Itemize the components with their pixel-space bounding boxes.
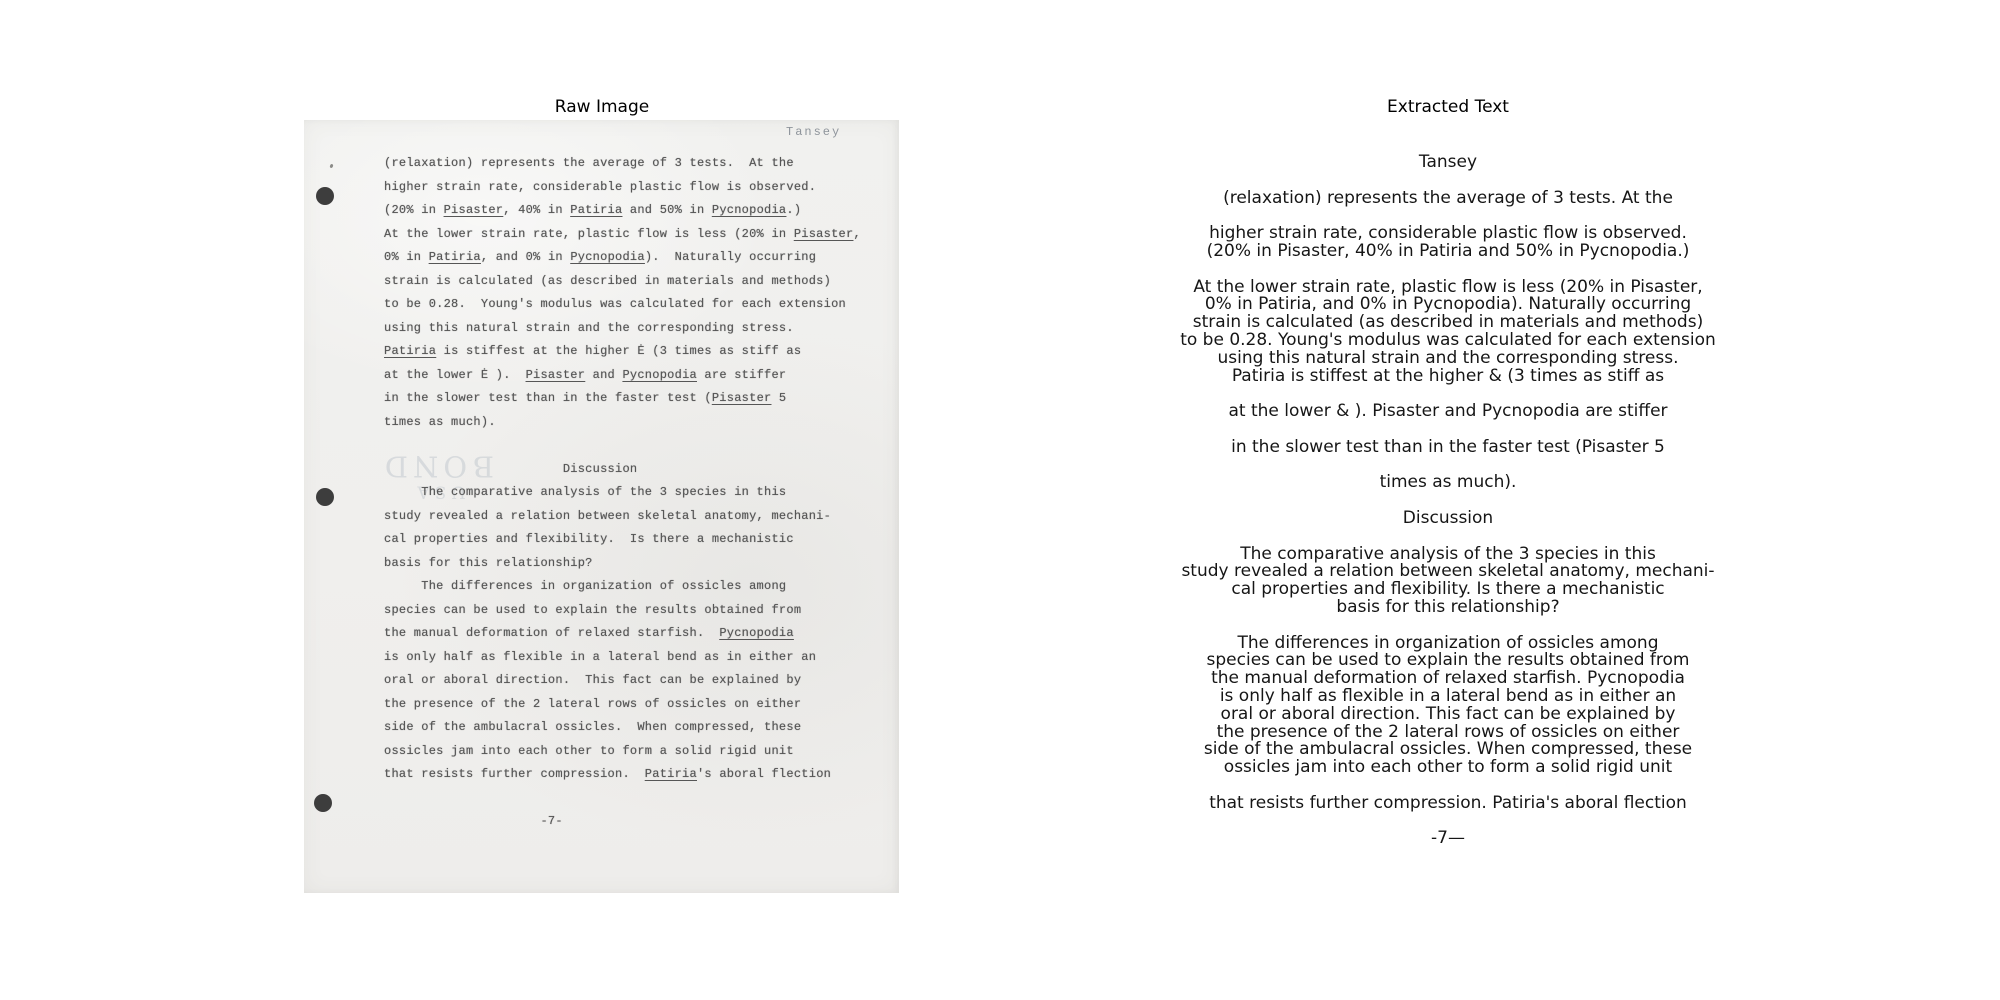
extracted-text-block: The comparative analysis of the 3 specie…: [1158, 546, 1738, 617]
typewritten-line: strain is calculated (as described in ma…: [384, 270, 889, 294]
typewritten-line: [384, 434, 889, 458]
typewritten-line: higher strain rate, considerable plastic…: [384, 176, 889, 200]
typewritten-line: -7-: [384, 810, 889, 834]
extracted-text-block: in the slower test than in the faster te…: [1158, 439, 1738, 457]
underlined-species-name: Pycnopodia: [719, 626, 794, 640]
scanned-document-page: Tansey USA BOND (relaxation) represents …: [304, 120, 899, 893]
typewritten-line: basis for this relationship?: [384, 552, 889, 576]
extracted-text-block: At the lower strain rate, plastic flow i…: [1158, 279, 1738, 386]
typewritten-line: times as much).: [384, 411, 889, 435]
extracted-text-block: at the lower & ). Pisaster and Pycnopodi…: [1158, 403, 1738, 421]
extracted-text-block: times as much).: [1158, 474, 1738, 492]
hole-punch-dot: [316, 488, 334, 506]
typewritten-line: The comparative analysis of the 3 specie…: [384, 481, 889, 505]
hole-punch-dot: [314, 794, 332, 812]
underlined-species-name: Patiria: [384, 344, 436, 358]
typewritten-line: in the slower test than in the faster te…: [384, 387, 889, 411]
typewritten-line: side of the ambulacral ossicles. When co…: [384, 716, 889, 740]
extracted-text-block: Tansey: [1158, 154, 1738, 172]
underlined-species-name: Pycnopodia: [570, 250, 645, 264]
typewritten-line: 0% in Patiria, and 0% in Pycnopodia). Na…: [384, 246, 889, 270]
typewritten-line: at the lower Ė ). Pisaster and Pycnopodi…: [384, 364, 889, 388]
typewritten-line: (relaxation) represents the average of 3…: [384, 152, 889, 176]
extracted-text-panel-title: Extracted Text: [1298, 97, 1598, 117]
extracted-text-block: Discussion: [1158, 510, 1738, 528]
extracted-text-block: higher strain rate, considerable plastic…: [1158, 225, 1738, 261]
typewritten-line: (20% in Pisaster, 40% in Patiria and 50%…: [384, 199, 889, 223]
underlined-species-name: Pisaster: [444, 203, 504, 217]
typewritten-line: cal properties and flexibility. Is there…: [384, 528, 889, 552]
typewritten-line: is only half as flexible in a lateral be…: [384, 646, 889, 670]
typewritten-line: The differences in organization of ossic…: [384, 575, 889, 599]
document-author-header: Tansey: [786, 125, 841, 139]
raw-image-panel-title: Raw Image: [452, 97, 752, 117]
typewritten-line: At the lower strain rate, plastic flow i…: [384, 223, 889, 247]
underlined-species-name: Pisaster: [794, 227, 854, 241]
extracted-text-body: Tansey(relaxation) represents the averag…: [1158, 154, 1738, 866]
typewritten-line: Discussion: [384, 458, 889, 482]
typewritten-line: using this natural strain and the corres…: [384, 317, 889, 341]
typewritten-line: oral or aboral direction. This fact can …: [384, 669, 889, 693]
extracted-text-block: -7—: [1158, 830, 1738, 848]
typewritten-text-body: (relaxation) represents the average of 3…: [384, 152, 889, 834]
typewritten-line: species can be used to explain the resul…: [384, 599, 889, 623]
typewritten-line: [384, 787, 889, 811]
extracted-text-block: that resists further compression. Patiri…: [1158, 795, 1738, 813]
scan-speck: [329, 164, 333, 169]
typewritten-line: the manual deformation of relaxed starfi…: [384, 622, 889, 646]
extracted-text-block: The differences in organization of ossic…: [1158, 635, 1738, 777]
underlined-species-name: Patiria: [429, 250, 481, 264]
underlined-species-name: Patiria: [645, 767, 697, 781]
typewritten-line: that resists further compression. Patiri…: [384, 763, 889, 787]
typewritten-line: the presence of the 2 lateral rows of os…: [384, 693, 889, 717]
extracted-text-block: (relaxation) represents the average of 3…: [1158, 190, 1738, 208]
typewritten-line: ossicles jam into each other to form a s…: [384, 740, 889, 764]
typewritten-line: study revealed a relation between skelet…: [384, 505, 889, 529]
underlined-species-name: Pisaster: [712, 391, 772, 405]
typewritten-line: to be 0.28. Young's modulus was calculat…: [384, 293, 889, 317]
underlined-species-name: Patiria: [570, 203, 622, 217]
hole-punch-dot: [316, 187, 334, 205]
underlined-species-name: Pisaster: [526, 368, 586, 382]
typewritten-line: Patiria is stiffest at the higher Ė (3 t…: [384, 340, 889, 364]
underlined-species-name: Pycnopodia: [712, 203, 787, 217]
underlined-species-name: Pycnopodia: [622, 368, 697, 382]
